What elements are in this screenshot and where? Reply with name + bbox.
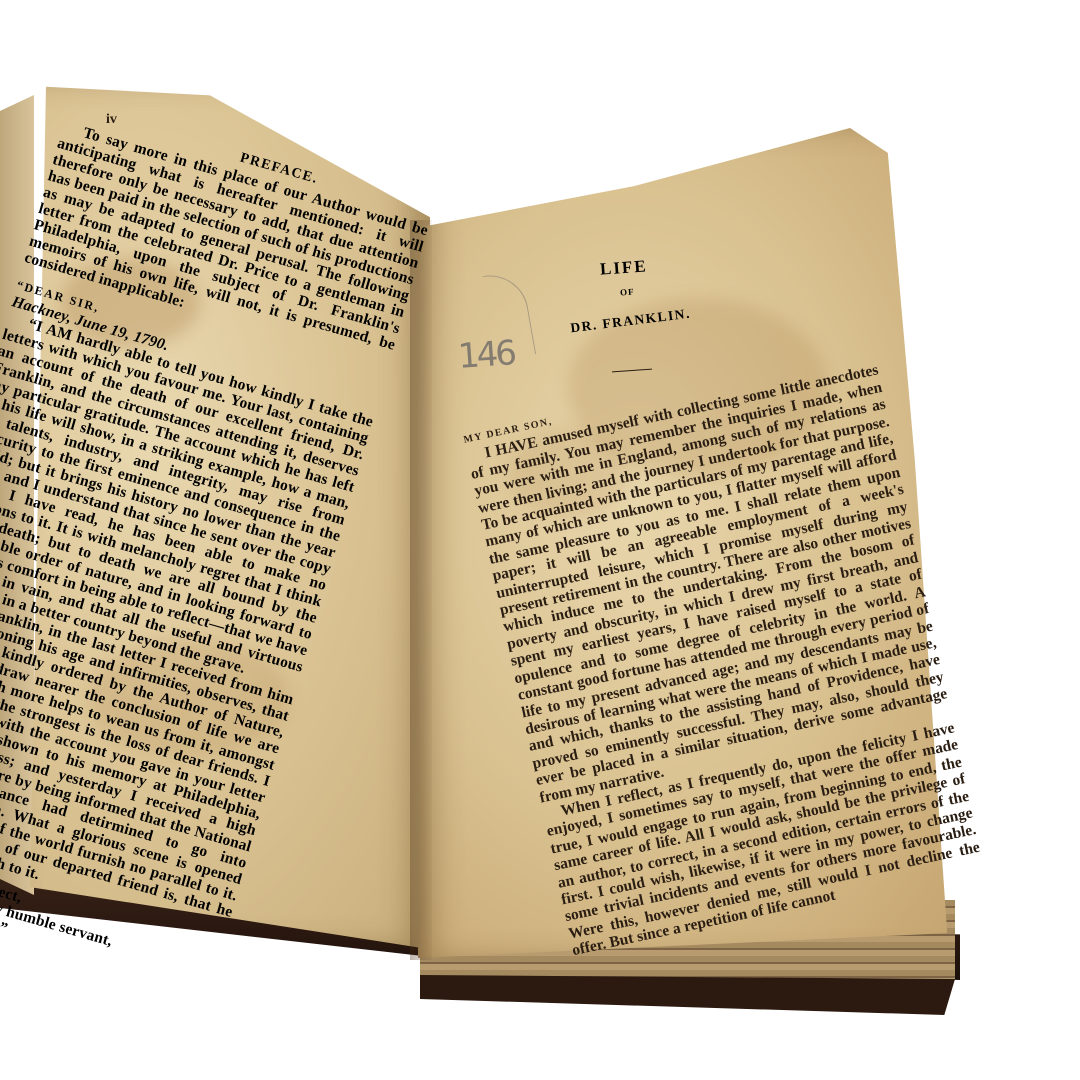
chapter-title: LIFE <box>599 256 648 279</box>
book-gutter <box>410 220 432 960</box>
pencil-annotation: 146 <box>457 333 516 377</box>
book-cover-back <box>420 975 955 1015</box>
book-photo: iv PREFACE. To say more in this place of… <box>0 0 1080 1080</box>
chapter-title-of: OF <box>620 287 635 298</box>
